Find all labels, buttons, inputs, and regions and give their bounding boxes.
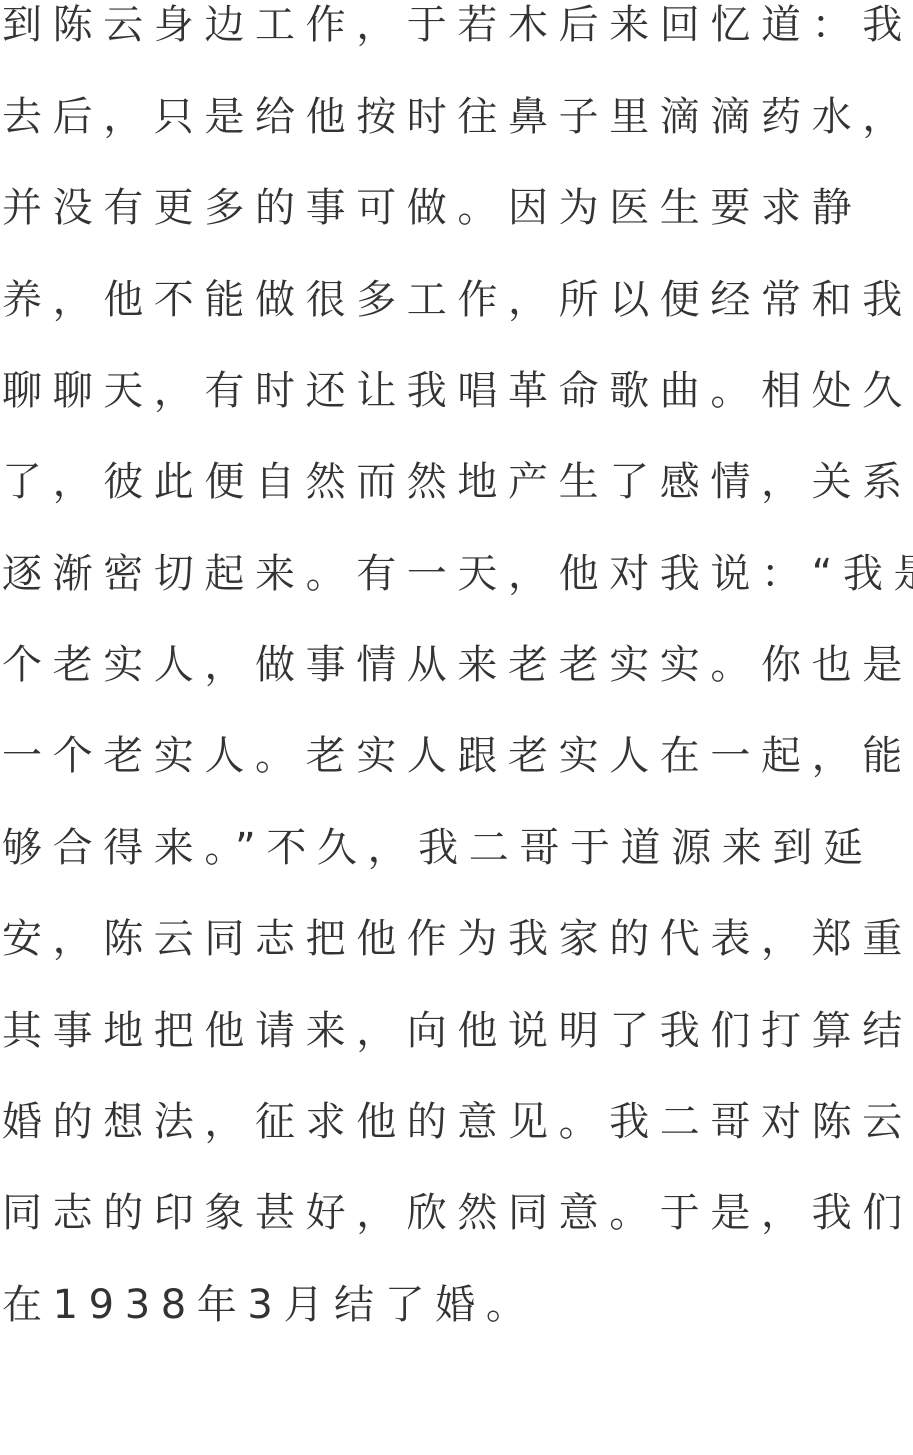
text-line: 够合得来。”不久，我二哥于道源来到延 xyxy=(2,823,913,873)
text-line: 聊聊天，有时还让我唱革命歌曲。相处久 xyxy=(2,366,913,416)
text-line: 去后，只是给他按时往鼻子里滴滴药水， xyxy=(2,92,913,142)
text-line: 同志的印象甚好，欣然同意。于是，我们 xyxy=(2,1188,913,1238)
text-line: 逐渐密切起来。有一天，他对我说：“我是 xyxy=(2,549,913,599)
text-line: 其事地把他请来，向他说明了我们打算结 xyxy=(2,1006,913,1056)
text-line: 个老实人，做事情从来老老实实。你也是 xyxy=(2,640,913,690)
text-line: 了，彼此便自然而然地产生了感情，关系 xyxy=(2,457,913,507)
text-line: 安，陈云同志把他作为我家的代表，郑重 xyxy=(2,914,913,964)
text-line: 到陈云身边工作，于若木后来回忆道：我 xyxy=(2,0,913,50)
text-line: 一个老实人。老实人跟老实人在一起，能 xyxy=(2,731,913,781)
text-line: 婚的想法，征求他的意见。我二哥对陈云 xyxy=(2,1097,913,1147)
text-line: 并没有更多的事可做。因为医生要求静 xyxy=(2,183,913,233)
text-line: 养，他不能做很多工作，所以便经常和我 xyxy=(2,275,913,325)
text-line: 在1938年3月结了婚。 xyxy=(2,1280,913,1330)
